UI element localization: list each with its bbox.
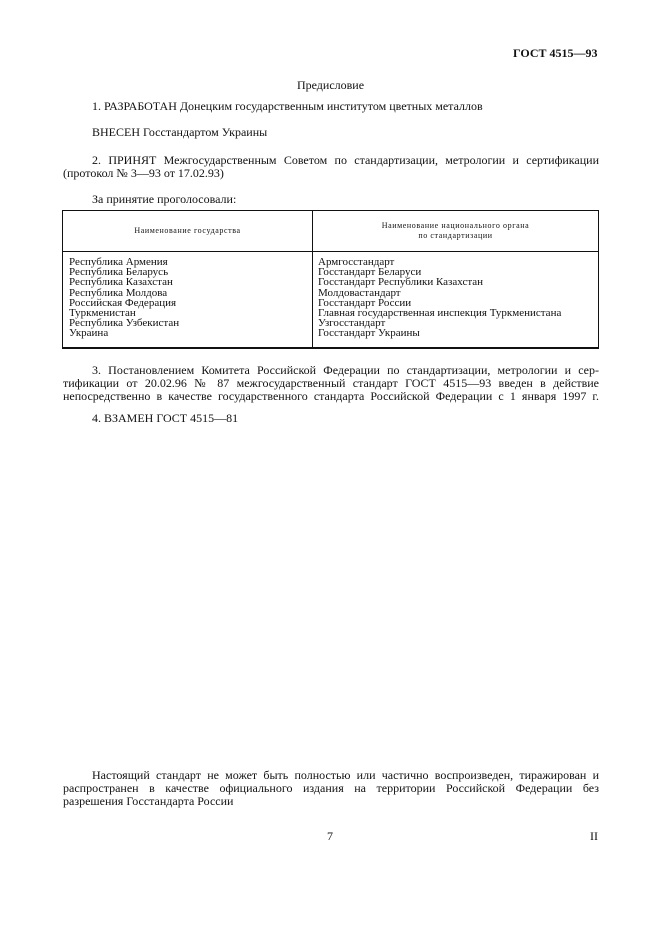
item-2-line-2: (протокол № 3—93 от 17.02.93) bbox=[63, 167, 599, 180]
item-1-introduced: ВНЕСЕН Госстандартом Украины bbox=[63, 126, 599, 139]
header-state-text: Наименование государства bbox=[134, 226, 240, 236]
header-body-line-2: по стандартизации bbox=[418, 231, 492, 240]
item-3-resolution: 3. Постановлением Комитета Российской Фе… bbox=[63, 364, 599, 403]
voting-table: Наименование государства Наименование на… bbox=[62, 210, 599, 349]
table-column-bodies: Армгосстандарт Госстандарт Беларуси Госс… bbox=[318, 257, 561, 339]
voted-label-text: За принятие проголосовали: bbox=[63, 193, 599, 206]
item-3-line-3: непосредственно в качестве государственн… bbox=[63, 390, 599, 403]
table-cell-state: Украина bbox=[69, 328, 179, 338]
table-header-row: Наименование государства Наименование на… bbox=[63, 211, 598, 252]
table-column-states: Республика Армения Республика Беларусь Р… bbox=[69, 257, 179, 339]
roman-page-marker: II bbox=[590, 829, 598, 844]
item-1-developed: 1. РАЗРАБОТАН Донецким государственным и… bbox=[63, 100, 599, 113]
table-header-state: Наименование государства bbox=[63, 211, 312, 251]
copyright-line-3: разрешения Госстандарта России bbox=[63, 795, 599, 808]
header-body-text: Наименование национального органа по ста… bbox=[382, 221, 530, 241]
table-column-divider bbox=[312, 211, 313, 347]
item-4-text: 4. ВЗАМЕН ГОСТ 4515—81 bbox=[63, 412, 599, 425]
preface-title: Предисловие bbox=[0, 78, 661, 93]
page-number: 7 bbox=[327, 829, 333, 844]
document-code: ГОСТ 4515—93 bbox=[513, 46, 598, 61]
table-cell-body: Госстандарт Украины bbox=[318, 328, 561, 338]
item-2-adopted: 2. ПРИНЯТ Межгосударственным Советом по … bbox=[63, 154, 599, 180]
introduced-text: ВНЕСЕН Госстандартом Украины bbox=[63, 126, 599, 139]
header-body-line-1: Наименование национального органа bbox=[382, 221, 530, 230]
item-4-replaces: 4. ВЗАМЕН ГОСТ 4515—81 bbox=[63, 412, 599, 425]
item-1-text: 1. РАЗРАБОТАН Донецким государственным и… bbox=[63, 100, 599, 113]
table-header-national-body: Наименование национального органа по ста… bbox=[313, 211, 598, 251]
copyright-notice: Настоящий стандарт не может быть полност… bbox=[63, 769, 599, 808]
voted-label: За принятие проголосовали: bbox=[63, 193, 599, 206]
